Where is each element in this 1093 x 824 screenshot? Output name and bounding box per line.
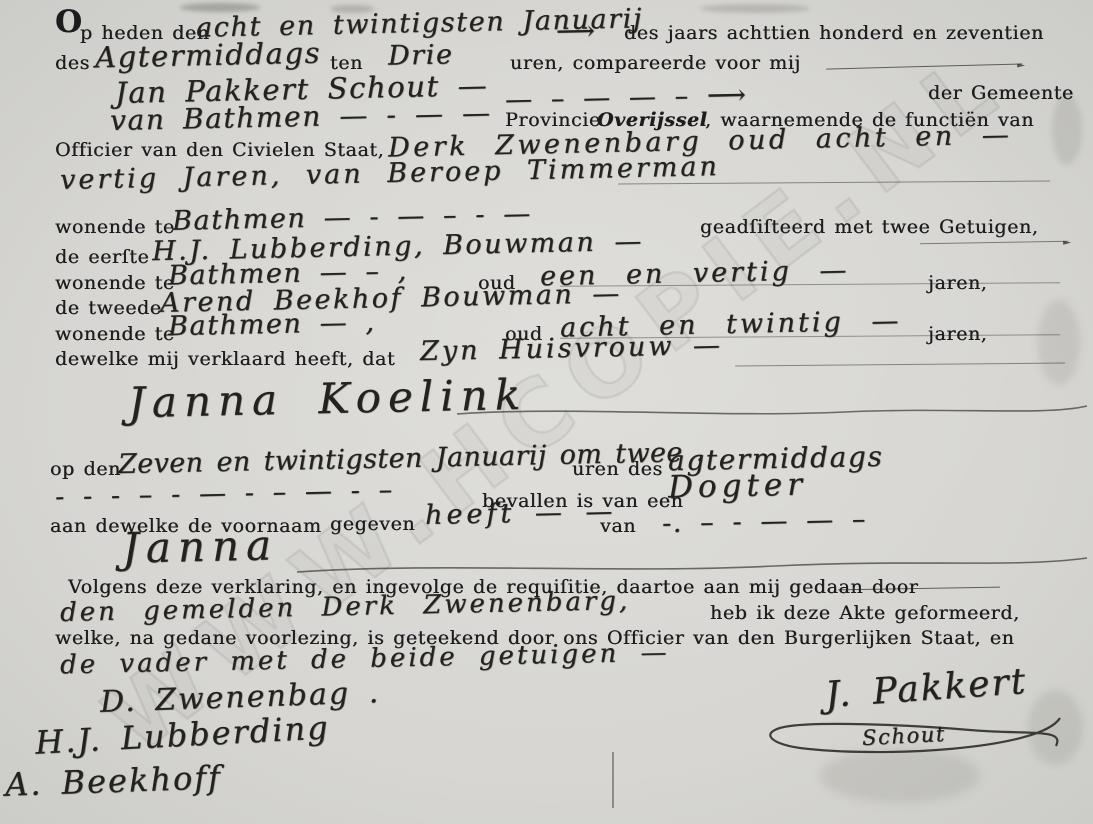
scan-smudge [700,4,810,13]
handwritten-hour: Drie [388,39,454,71]
printed-dewelke-verklaard: dewelke mij verklaard heeft, dat [55,348,395,370]
handwritten-child-gender: Dogter [668,467,808,506]
printed-akte-geformeerd: heb ik deze Akte geformeerd, [710,602,1020,624]
handwritten-zyn-huisvrouw: Zyn Huisvrouw — [420,330,724,367]
scan-smudge [1038,300,1080,385]
signature-witness1: H.J. Lubberding [34,708,330,761]
ruled-line [838,573,1000,591]
printed-de-eerste: de eerſte [55,246,149,268]
printed-des: des [55,52,90,74]
scan-mark [612,752,614,808]
scan-smudge [1052,95,1082,165]
handwritten-heeft: heeft — — [425,496,617,531]
ruled-line [735,349,1065,367]
printed-wonende-te-3: wonende te [55,323,175,345]
printed-uren-compareerde: uren, compareerde voor mij [510,52,801,74]
ruled-line [618,166,1050,184]
printed-op-den: op den [50,458,121,480]
handwritten-afternoon: Agtermiddags [95,36,322,75]
printed-uren-des: uren des [572,458,663,480]
wavy-line [455,392,1090,426]
printed-der-gemeente: der Gemeente [928,82,1074,104]
handwritten-dash: ⟶ [556,16,597,48]
printed-de-tweede: de tweede [55,297,162,319]
printed-gegeven: gegeven [330,513,415,535]
birth-certificate-scan: WWW.HCOPIE.NL O p heden den acht en twin… [0,0,1093,824]
printed-year-1817: des jaars achttien honderd en zeventien [624,22,1044,44]
signature-flourish [760,700,1070,770]
printed-wonende-te-2: wonende te [55,272,175,294]
handwritten-residence-witness2: Bathmen — , [168,307,376,342]
ruled-line [826,49,1022,69]
printed-van: van [600,515,636,537]
ruled-line [920,227,1068,245]
printed-op-initial: O [55,13,83,32]
signature-witness2: A. Beekhoff [4,758,222,804]
handwritten-dashes-3: -. – - — — – [662,504,868,539]
printed-officier-civiele-staat: Officier van den Civielen Staat, [55,139,384,161]
handwritten-child-name: Janna [122,520,279,572]
printed-wonende-te-1: wonende te [55,216,175,238]
